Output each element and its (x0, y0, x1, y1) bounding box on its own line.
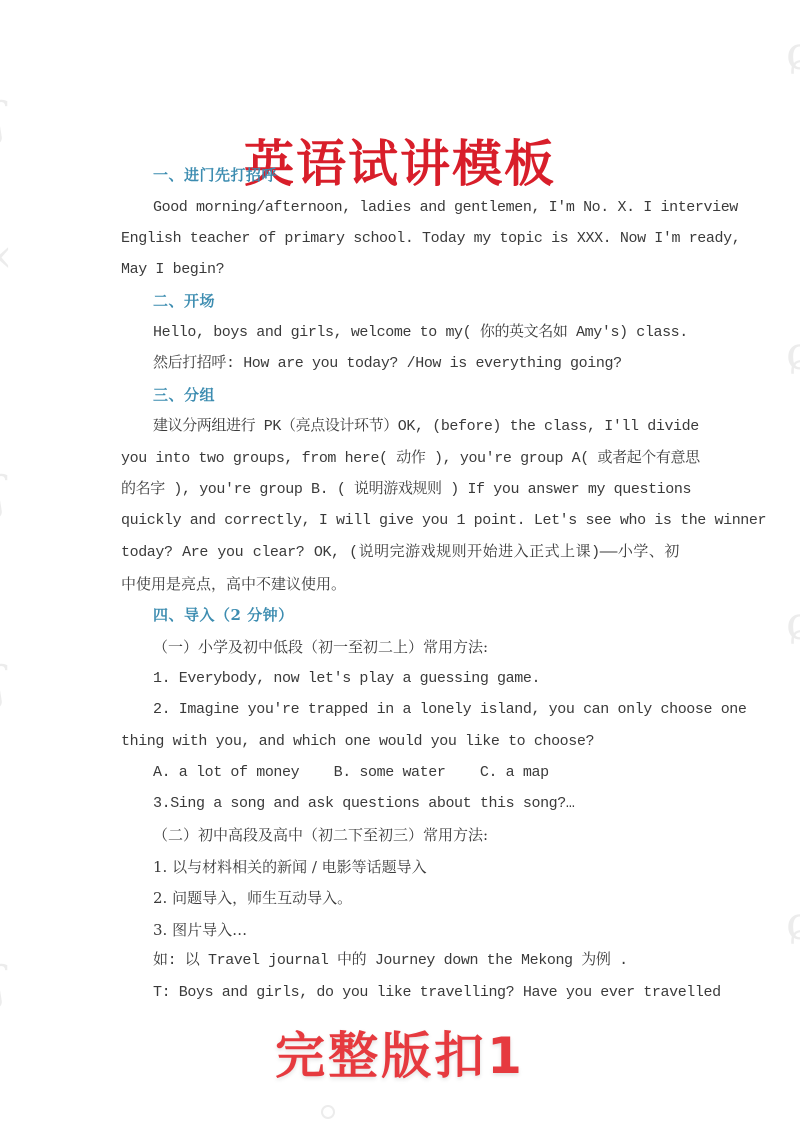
list-item: 2. Imagine you're trapped in a lonely is… (153, 699, 679, 721)
decorative-flourish-left-3: ʃ (0, 470, 5, 516)
section-heading-lead-in: 四、导入（2 分钟） (153, 604, 294, 626)
paragraph-line: you into two groups, from here( 动作 ), yo… (121, 448, 679, 470)
paragraph-line: quickly and correctly, I will give you 1… (121, 510, 679, 532)
answer-options: A. a lot of money B. some water C. a map (153, 762, 549, 784)
paragraph-line: English teacher of primary school. Today… (121, 228, 679, 250)
subsection-heading-primary: （一）小学及初中低段（初一至初二上）常用方法: (153, 636, 488, 658)
section-heading-grouping: 三、分组 (153, 384, 215, 406)
section-heading-opening: 二、开场 (153, 290, 215, 312)
list-item: 1. 以与材料相关的新闻 / 电影等话题导入 (153, 856, 427, 878)
example-line: 如: 以 Travel journal 中的 Journey down the … (153, 950, 628, 972)
paragraph-line: thing with you, and which one would you … (121, 731, 594, 753)
section-heading-greeting: 一、进门先打招呼 (153, 164, 277, 186)
decorative-flourish-right-2: ɕ (786, 330, 800, 376)
paragraph-line: today? Are you clear? OK, (说明完游戏规则开始进入正式… (121, 542, 679, 564)
decorative-flourish-right-1: ɕ (786, 30, 800, 76)
list-item: 2. 问题导入，师生互动导入。 (153, 887, 352, 909)
paragraph-line: 然后打招呼: How are you today? /How is everyt… (153, 353, 622, 375)
decorative-circle (321, 1105, 335, 1119)
list-item: 1. Everybody, now let's play a guessing … (153, 668, 540, 690)
decorative-flourish-left-4: ʃ (0, 660, 5, 706)
paragraph-line: 建议分两组进行 PK（亮点设计环节）OK, (before) the class… (153, 416, 679, 438)
paragraph-line: Hello, boys and girls, welcome to my( 你的… (153, 322, 688, 344)
paragraph-line: 的名字 ), you're group B. ( 说明游戏规则 ) If you… (121, 479, 679, 501)
paragraph-line: May I begin? (121, 259, 224, 281)
document-title: 英语试讲模板 (0, 132, 800, 196)
decorative-flourish-left-5: ʃ (0, 960, 5, 1006)
list-item: 3.Sing a song and ask questions about th… (153, 793, 574, 815)
paragraph-line: Good morning/afternoon, ladies and gentl… (153, 197, 679, 219)
decorative-flourish-right-4: ɕ (786, 900, 800, 946)
dialogue-line: T: Boys and girls, do you like travellin… (153, 982, 679, 1004)
call-to-action-banner: 完整版扣1 (0, 1024, 800, 1088)
decorative-flourish-right-3: ɕ (786, 600, 800, 646)
decorative-flourish-left-2: ‹ (0, 232, 12, 278)
subsection-heading-secondary: （二）初中高段及高中（初二下至初三）常用方法: (153, 824, 488, 846)
list-item: 3. 图片导入… (153, 919, 247, 941)
paragraph-line: 中使用是亮点，高中不建议使用。 (121, 573, 346, 595)
